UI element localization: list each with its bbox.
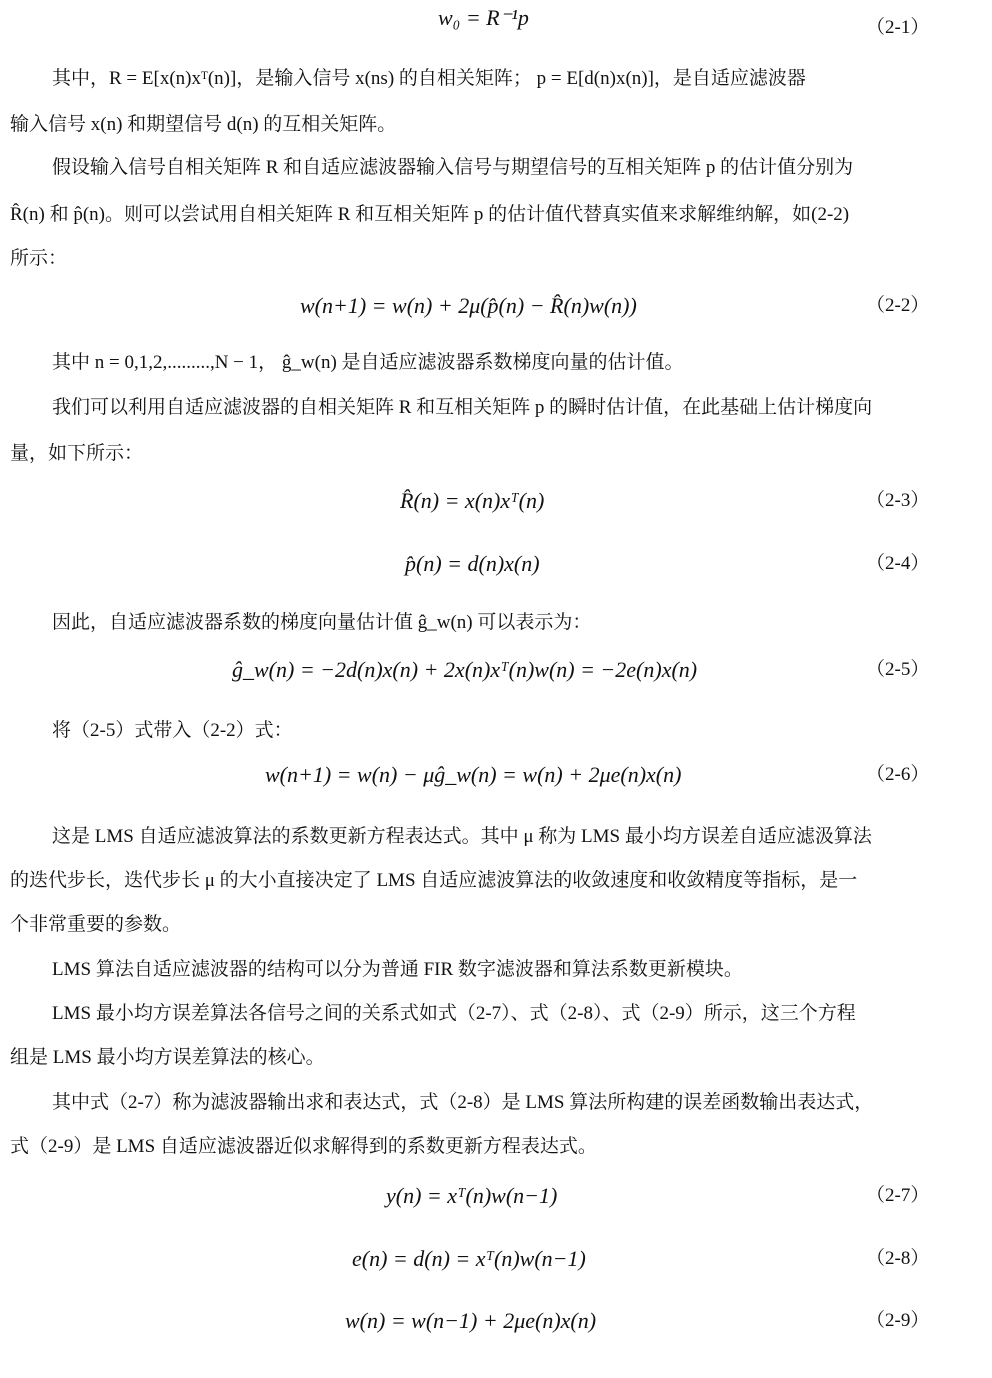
equation-number: （2-3） xyxy=(866,486,929,516)
paragraph-line: 其中式（2-7）称为滤波器输出求和表达式，式（2-8）是 LMS 算法所构建的误… xyxy=(52,1090,992,1116)
paragraph-line: 输入信号 x(n) 和期望信号 d(n) 的互相关矩阵。 xyxy=(10,112,992,138)
paragraph-line: 组是 LMS 最小均方误差算法的核心。 xyxy=(10,1045,992,1071)
equation-2-5: ĝ_w(n) = −2d(n)x(n) + 2x(n)xᵀ(n)w(n) = −… xyxy=(0,655,992,685)
paragraph-line: 我们可以利用自适应滤波器的自相关矩阵 R 和互相关矩阵 p 的瞬时估计值，在此基… xyxy=(52,395,992,421)
equation-number: （2-7） xyxy=(866,1181,929,1211)
equation-2-2: w(n+1) = w(n) + 2μ(p̂(n) − R̂(n)w(n)) （2… xyxy=(0,291,992,321)
equation-number: （2-6） xyxy=(866,760,929,790)
equation-2-8: e(n) = d(n) = xᵀ(n)w(n−1) （2-8） xyxy=(0,1244,992,1274)
equation-formula: ĝ_w(n) = −2d(n)x(n) + 2x(n)xᵀ(n)w(n) = −… xyxy=(232,655,697,685)
equation-number: （2-8） xyxy=(866,1244,929,1274)
paragraph-line: 所示： xyxy=(10,246,992,272)
paragraph-line: R̂(n) 和 p̂(n)。则可以尝试用自相关矩阵 R 和互相关矩阵 p 的估计… xyxy=(10,202,992,228)
equation-formula: R̂(n) = x(n)xᵀ(n) xyxy=(400,486,544,516)
paragraph-line: 因此，自适应滤波器系数的梯度向量估计值 ĝ_w(n) 可以表示为： xyxy=(52,610,992,636)
equation-number: （2-4） xyxy=(866,549,929,579)
paragraph-line: 其中，R = E[x(n)xᵀ(n)]，是输入信号 x(ns) 的自相关矩阵； … xyxy=(52,66,992,92)
equation-number: （2-1） xyxy=(866,13,929,43)
equation-formula: w(n+1) = w(n) + 2μ(p̂(n) − R̂(n)w(n)) xyxy=(300,291,637,321)
paragraph-line: 式（2-9）是 LMS 自适应滤波器近似求解得到的系数更新方程表达式。 xyxy=(10,1134,992,1160)
paragraph-line: LMS 最小均方误差算法各信号之间的关系式如式（2-7）、式（2-8）、式（2-… xyxy=(52,1001,992,1027)
equation-formula: w(n+1) = w(n) − μĝ_w(n) = w(n) + 2μe(n)x… xyxy=(265,760,681,790)
paragraph-line: 这是 LMS 自适应滤波算法的系数更新方程表达式。其中 μ 称为 LMS 最小均… xyxy=(52,824,992,850)
equation-2-7: y(n) = xᵀ(n)w(n−1) （2-7） xyxy=(0,1181,992,1211)
equation-number: （2-9） xyxy=(866,1306,929,1336)
equation-number: （2-2） xyxy=(866,291,929,321)
equation-2-9: w(n) = w(n−1) + 2μe(n)x(n) （2-9） xyxy=(0,1306,992,1336)
paragraph-line: LMS 算法自适应滤波器的结构可以分为普通 FIR 数字滤波器和算法系数更新模块… xyxy=(52,957,992,983)
paragraph-line: 的迭代步长，迭代步长 μ 的大小直接决定了 LMS 自适应滤波算法的收敛速度和收… xyxy=(10,868,992,894)
equation-number: （2-5） xyxy=(866,655,929,685)
paragraph-line: 个非常重要的参数。 xyxy=(10,912,992,938)
paragraph-line: 将（2-5）式带入（2-2）式： xyxy=(52,718,992,744)
equation-formula: e(n) = d(n) = xᵀ(n)w(n−1) xyxy=(352,1244,586,1274)
equation-formula: w(n) = w(n−1) + 2μe(n)x(n) xyxy=(345,1306,596,1336)
equation-2-6: w(n+1) = w(n) − μĝ_w(n) = w(n) + 2μe(n)x… xyxy=(0,760,992,790)
equation-formula: y(n) = xᵀ(n)w(n−1) xyxy=(386,1181,557,1211)
equation-formula: p̂(n) = d(n)x(n) xyxy=(405,549,540,579)
equation-2-4: p̂(n) = d(n)x(n) （2-4） xyxy=(0,549,992,579)
equation-2-3: R̂(n) = x(n)xᵀ(n) （2-3） xyxy=(0,486,992,516)
paragraph-line: 量，如下所示： xyxy=(10,441,992,467)
equation-2-1: w₀ = R⁻¹p （2-1） xyxy=(0,3,992,33)
paragraph-line: 其中 n = 0,1,2,.........,N − 1， ĝ_w(n) 是自适… xyxy=(52,350,992,376)
equation-formula: w₀ = R⁻¹p xyxy=(438,3,529,33)
paragraph-line: 假设输入信号自相关矩阵 R 和自适应滤波器输入信号与期望信号的互相关矩阵 p 的… xyxy=(52,155,992,181)
